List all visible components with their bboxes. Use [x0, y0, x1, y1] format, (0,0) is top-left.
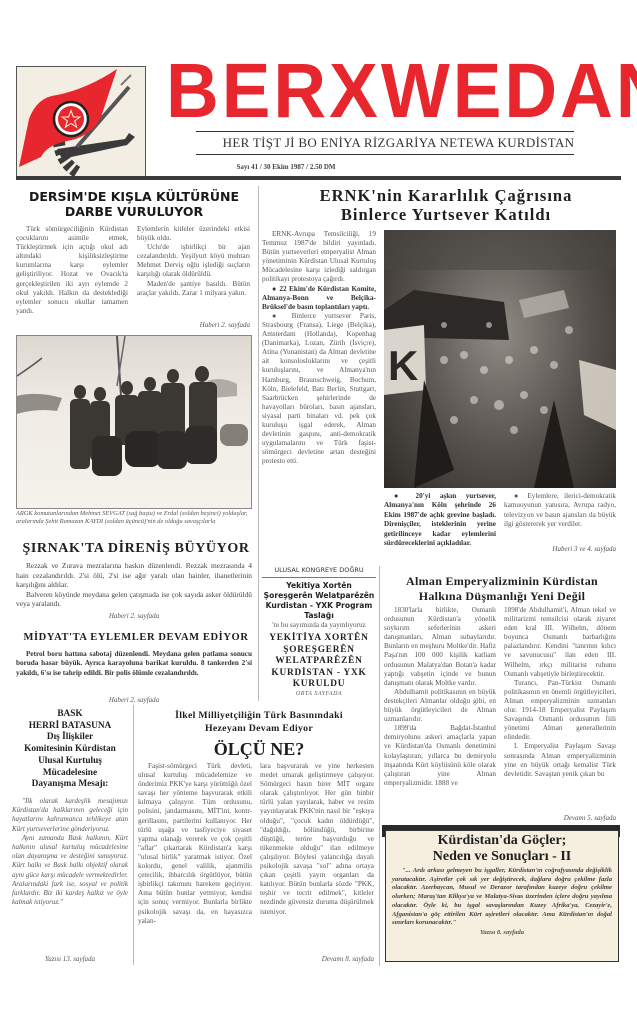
kongre-kicker: ULUSAL KONGREYE DOĞRU [262, 566, 376, 578]
paragraph: Eylemlerin kitleler üzerindeki etkisi bü… [137, 225, 250, 243]
paragraph: Maden'de şantiye basıldı. Bütün araçlar … [137, 280, 250, 298]
photo-guerrillas-snow [16, 335, 252, 509]
paragraph: Turancı, Pan-Türkist Osmanlı politikasın… [504, 679, 616, 743]
gocler-headline: Kürdistan'da Göçler; Neden ve Sonuçları … [386, 833, 618, 865]
dersim-col2: Eylemlerin kitleler üzerindeki etkisi bü… [137, 225, 250, 298]
olcu-kicker: İlkel Milliyetçiliğin Türk Basınındaki H… [138, 710, 380, 735]
kongre-headline: YEKİTİYA XORTÊN ŞOREŞGERÊN WELATPARÊZÊN … [262, 633, 376, 691]
paragraph: ● 20'yi aşkın yurtsever, Almanya'nın Köl… [384, 492, 496, 548]
sirnak-body: Rezzak ve Zurava mezralarına baskın düze… [16, 561, 252, 609]
olcu-col2: lara başvurarak ve yine herkesten medet … [260, 762, 374, 917]
continued-link[interactable]: Yazısı 8. sayfada [386, 929, 618, 936]
kongre-subhead-note: 'nı bu sayımızda da yayınlıyoruz [262, 621, 376, 630]
headline-line: Mücadelesine [10, 768, 130, 780]
paragraph: I. Emperyalist Paylaşım Savaşı sonrasınd… [504, 742, 616, 778]
olcu-col1: Faşist-sömürgeci Türk devleti, ulusal ku… [138, 762, 252, 926]
alman-col1: 1830'larla birlikte, Osmanlı ordusunun K… [384, 606, 496, 788]
svg-text:K: K [388, 342, 418, 389]
paragraph: lara başvurarak ve yine herkesten medet … [260, 762, 374, 917]
masthead-slogan: HER TİŞT Jİ BO ENİYA RİZGARİYA NETEWA KU… [176, 135, 621, 151]
ernk-headline: ERNK'nin Kararlılık Çağrısına Binlerce Y… [266, 186, 626, 224]
paragraph: Aynı zamanda Bask halkının, Kürt halkını… [12, 834, 128, 908]
headline-line: BASK [10, 709, 130, 721]
paragraph: Abdulhamit politikasının en büyük destek… [384, 688, 496, 724]
paragraph: ● Eylemlere, ilerici-demokratik kamuoyun… [504, 492, 616, 530]
continued-link[interactable]: ORTA SAYFADA [262, 691, 376, 697]
kicker-line: İlkel Milliyetçiliğin Türk Basınındaki [138, 710, 380, 723]
headline-line: DARBE VURULUYOR [14, 204, 254, 219]
dersim-headline: DERSİM'DE KIŞLA KÜLTÜRÜNE DARBE VURULUYO… [14, 189, 254, 219]
column-divider [258, 186, 259, 701]
masthead-rule [16, 176, 621, 180]
headline-line: ERNK'nin Kararlılık Çağrısına [266, 186, 626, 205]
column-divider [133, 705, 134, 965]
photo-caption: ARGK komutanlarından Mehmet SEVGAT (sağ … [16, 510, 256, 526]
gocler-quote: "... Ardı arkası gelmeyen bu işgaller, K… [392, 867, 612, 928]
photo-crowd: K [384, 230, 616, 488]
paragraph: Türk sömürgeciliğinin Kürdistan çocuklar… [16, 225, 128, 316]
headline-line: Ulusal Kurtuluş [10, 756, 130, 768]
dersim-col1: Türk sömürgeciliğinin Kürdistan çocuklar… [16, 225, 128, 316]
sirnak-headline: ŞIRNAK'TA DİRENİŞ BÜYÜYOR [14, 541, 258, 557]
masthead-title: BERXWEDAN [166, 54, 621, 130]
continued-link[interactable]: Yazısı 13. sayfada [12, 955, 128, 963]
logo [16, 66, 146, 178]
ernk-body: ERNK-Avrupa Temsilciliği, 19 Temmuz 1987… [262, 230, 376, 466]
continued-link[interactable]: Devamı 8. sayfada [260, 955, 374, 963]
headline-line: Komitesinin Kürdistan [10, 744, 130, 756]
continued-link[interactable]: Haberi 2. sayfada [16, 696, 252, 704]
continued-link[interactable]: Haberi 2. sayfada [16, 612, 252, 620]
paragraph: Uclu'de işbirlikçi bir ajan cezalandırıl… [137, 243, 250, 279]
paragraph: 1899'da Bağdat-İstanbul demiryolunu aske… [384, 724, 496, 788]
continued-link[interactable]: Haberi 2. sayfada [137, 321, 250, 329]
paragraph: Faşist-sömürgeci Türk devleti, ulusal ku… [138, 762, 252, 926]
column-divider [379, 566, 380, 966]
headline-line: Halkına Düşmanlığı Yeni Değil [384, 589, 620, 604]
paragraph: 1898'de Abdulhamit'i, Alman tekel ve mil… [504, 606, 616, 679]
alman-headline: Alman Emperyalizminin Kürdistan Halkına … [384, 574, 620, 603]
ernk-caption-left: ● 20'yi aşkın yurtsever, Almanya'nın Köl… [384, 492, 496, 548]
midyat-headline: MİDYAT'TA EYLEMLER DEVAM EDİYOR [14, 632, 258, 643]
headline-line: Alman Emperyalizminin Kürdistan [384, 574, 620, 589]
paragraph: ● Binlerce yurtsever Paris, Strasbourg (… [262, 312, 376, 467]
headline-line: Neden ve Sonuçları - II [386, 849, 618, 865]
alman-col2: 1898'de Abdulhamit'i, Alman tekel ve mil… [504, 606, 616, 779]
paragraph: 1830'larla birlikte, Osmanlı ordusunun K… [384, 606, 496, 688]
olcu-headline: ÖLÇÜ NE? [138, 738, 380, 760]
paragraph: ERNK-Avrupa Temsilciliği, 19 Temmuz 1987… [262, 230, 376, 285]
continued-link[interactable]: Haberi 3 ve 4. sayfada [504, 545, 616, 553]
headline-line: Dış İlişkiler [10, 732, 130, 744]
headline-line: HERRİ BATASUNA [10, 721, 130, 733]
midyat-body: Petrol boru hattına sabotaj düzenlendi. … [16, 650, 252, 678]
divider [196, 154, 574, 155]
headline-line: DERSİM'DE KIŞLA KÜLTÜRÜNE [14, 189, 254, 204]
headline-line: Dayanışma Mesajı: [10, 779, 130, 791]
bask-body: "İlk olarak kardeşlik mesajımızı Kürdist… [12, 797, 128, 907]
kongre-box: ULUSAL KONGREYE DOĞRU Yekitiya Xortên Şo… [262, 566, 376, 697]
paragraph: "... Ardı arkası gelmeyen bu işgaller, K… [392, 867, 612, 928]
headline-line: Kürdistan'da Göçler; [386, 833, 618, 849]
paragraph: Petrol boru hattına sabotaj düzenlendi. … [16, 650, 252, 678]
kongre-subhead: Yekitiya Xortên Şoreşgerên Welatparêzên … [262, 581, 376, 621]
issue-line: Sayı 41 / 30 Ekim 1987 / 2.50 DM [176, 163, 396, 171]
ernk-caption-right: ● Eylemlere, ilerici-demokratik kamuoyun… [504, 492, 616, 530]
flag-star-gear-icon [17, 67, 145, 177]
paragraph: ● 22 Ekim'de Kürdistan Komite, Almanya-B… [262, 285, 376, 312]
continued-link[interactable]: Devamı 5. sayfada [504, 814, 616, 822]
photo-figures [17, 336, 251, 508]
photo-demonstration: K [384, 230, 616, 488]
divider [196, 131, 574, 132]
paragraph: "İlk olarak kardeşlik mesajımızı Kürdist… [12, 797, 128, 834]
kicker-line: Hezeyanı Devam Ediyor [138, 723, 380, 736]
paragraph: Rezzak ve Zurava mezralarına baskın düze… [16, 561, 252, 590]
gocler-box: Kürdistan'da Göçler; Neden ve Sonuçları … [385, 830, 619, 962]
bask-headline: BASK HERRİ BATASUNA Dış İlişkiler Komite… [10, 709, 130, 791]
paragraph: Balveren köyünde meydana gelen çatışmada… [16, 590, 252, 609]
headline-line: Binlerce Yurtsever Katıldı [266, 205, 626, 224]
